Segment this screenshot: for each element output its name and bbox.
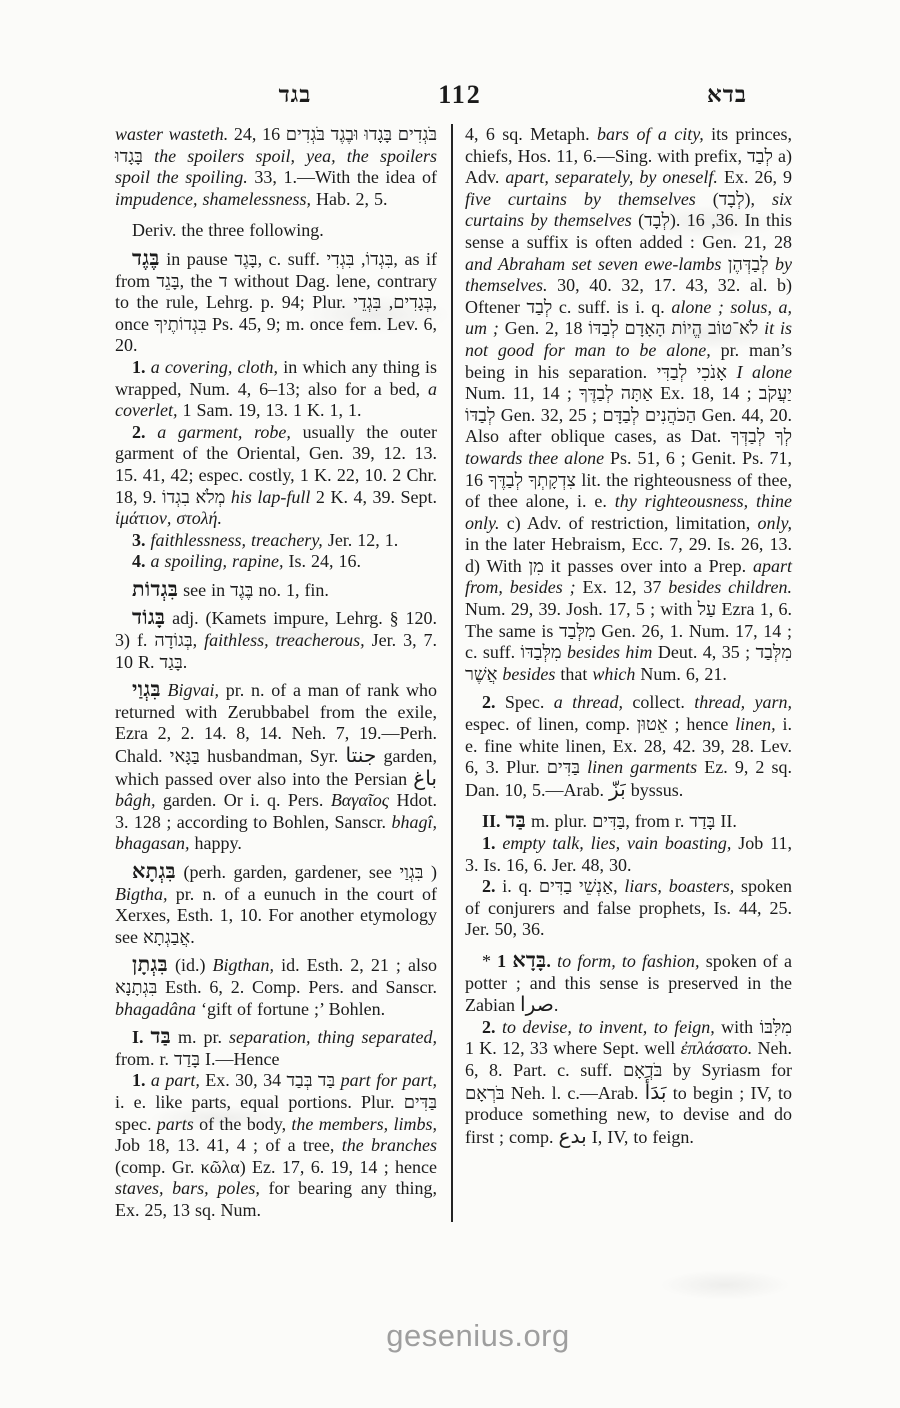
dictionary-paragraph: II. בַּד m. plur. בַּדִּים, from r. בָּד…	[465, 811, 792, 833]
inline-text: liars, boasters,	[624, 876, 734, 896]
inline-text: his lap-full	[231, 487, 311, 507]
inline-text: it is not good for man to be alone,	[465, 318, 792, 360]
inline-text: a covering, cloth,	[151, 357, 278, 377]
hebrew-headword: בִּגְתָא	[132, 861, 176, 883]
inline-text: 2.	[482, 692, 496, 712]
inline-text: I.	[132, 1027, 144, 1047]
inline-text: apart, separately, by oneself.	[505, 167, 718, 187]
inline-text: parts	[157, 1114, 194, 1134]
inline-text: 3.	[132, 530, 146, 550]
dictionary-paragraph: בִּגְוַי Bigvai, pr. n. of a man of rank…	[115, 680, 437, 855]
inline-text: and Abraham set seven ewe-lambs	[465, 254, 721, 274]
inline-text: Βαγαῖος	[331, 790, 389, 810]
inline-text: thread, yarn,	[694, 692, 792, 712]
left-column: waster wasteth. 24, 16 בֹּגְדִים בָּגָדו…	[115, 124, 437, 1222]
header-catchword-left: בגד	[279, 82, 312, 108]
inline-text: the branches	[342, 1135, 437, 1155]
dictionary-paragraph: בִּגְתָא (perh. garden, gardener, see בִ…	[115, 862, 437, 948]
dictionary-paragraph: בָּגוֹד adj. (Kamets impure, Lehrg. § 12…	[115, 608, 437, 673]
dictionary-paragraph: 4. a spoiling, rapine, Is. 24, 16.	[115, 551, 437, 573]
dictionary-paragraph: 2. Spec. a thread, collect. thread, yarn…	[465, 692, 792, 801]
dictionary-paragraph: Deriv. the three following.	[115, 220, 437, 242]
inline-text: impudence, shamelessness,	[115, 189, 311, 209]
inline-text: I alone	[736, 362, 792, 382]
inline-text: besides children.	[668, 577, 792, 597]
dictionary-paragraph: waster wasteth. 24, 16 בֹּגְדִים בָּגָדו…	[115, 124, 437, 210]
hebrew-headword: בָּדָא	[512, 950, 546, 972]
hebrew-headword: בֶּגֶד	[132, 248, 160, 270]
inline-text: towards thee alone	[465, 448, 604, 468]
inline-text: بدع	[559, 1124, 587, 1148]
inline-text: صرا	[520, 992, 554, 1016]
inline-text: bars of a city,	[597, 124, 704, 144]
inline-text: besides	[502, 664, 555, 684]
inline-text: 1.	[482, 833, 496, 853]
inline-text: alone ; solus, a, um ;	[465, 297, 792, 339]
dictionary-paragraph: 4, 6 sq. Metaph. bars of a city, its pri…	[465, 124, 792, 685]
inline-text: 1.	[132, 1070, 146, 1090]
inline-text: bhagadâna	[115, 999, 196, 1019]
inline-text: only,	[758, 513, 793, 533]
inline-text: separation, thing separated,	[229, 1027, 437, 1047]
dictionary-paragraph: 3. faithlessness, treachery, Jer. 12, 1.	[115, 530, 437, 552]
hebrew-headword: בַּד	[506, 810, 527, 832]
inline-text: Bigvai,	[167, 680, 219, 700]
dictionary-paragraph: * בָּדָא 1. to form, to fashion, spoken …	[465, 951, 792, 1017]
dictionary-paragraph: 2. to devise, to invent, to feign, with …	[465, 1017, 792, 1149]
inline-text: waster wasteth.	[115, 124, 228, 144]
header-catchword-right: בדא	[707, 82, 747, 108]
inline-text: 1.	[132, 357, 146, 377]
inline-text: besides him	[567, 642, 652, 662]
dictionary-paragraph: 1. a covering, cloth, in which any thing…	[115, 357, 437, 422]
inline-text: a spoiling, rapine,	[151, 551, 284, 571]
inline-text: part for part,	[341, 1070, 437, 1090]
inline-text: II.	[482, 811, 501, 831]
inline-text: بَزّ	[609, 777, 626, 801]
right-column: 4, 6 sq. Metaph. bars of a city, its pri…	[465, 124, 792, 1222]
inline-text: ἐπλάσατο.	[681, 1038, 753, 1058]
dictionary-paragraph: בִּגְדוֹת see in בֶּגֶד no. 1, fin.	[115, 580, 437, 602]
inline-text: Bigtha,	[115, 884, 168, 904]
inline-text: a part,	[151, 1070, 200, 1090]
inline-text: Bigthan,	[213, 955, 275, 975]
hebrew-headword: בִּגְתָן	[132, 954, 168, 976]
inline-text: the spoilers spoil, yea, the spoilers sp…	[115, 146, 437, 188]
dictionary-paragraph: 1. empty talk, lies, vain boasting, Job …	[465, 833, 792, 876]
inline-text: staves, bars, poles,	[115, 1178, 260, 1198]
hebrew-headword: בָּגוֹד	[132, 607, 165, 629]
inline-text: the members, limbs,	[291, 1114, 437, 1134]
scanned-lexicon-page: בגד 112 בדא waster wasteth. 24, 16 בֹּגְ…	[0, 0, 900, 1408]
hebrew-headword: בַּד	[151, 1026, 172, 1048]
inline-text: a thread,	[554, 692, 623, 712]
inline-text: thy righteousness, thine only.	[465, 491, 792, 533]
inline-text: a coverlet,	[115, 379, 437, 421]
inline-text: linen garments	[587, 757, 697, 777]
watermark: gesenius.org	[386, 1318, 570, 1354]
inline-text: a garment, robe,	[157, 422, 291, 442]
inline-text: empty talk, lies, vain boasting,	[502, 833, 731, 853]
hebrew-headword: בִּגְדוֹת	[132, 579, 178, 601]
inline-text: 2.	[132, 422, 146, 442]
dictionary-paragraph: I. בַּד m. pr. separation, thing separat…	[115, 1027, 437, 1070]
inline-text: five curtains by themselves	[465, 189, 696, 209]
inline-text: بَدَأَ	[645, 1080, 667, 1104]
inline-text: linen,	[735, 714, 776, 734]
inline-text: 2.	[482, 1017, 496, 1037]
dictionary-paragraph: 1. a part, Ex. 30, 34 בַּד בְּבַד part f…	[115, 1070, 437, 1221]
inline-text: to devise, to invent, to feign,	[502, 1017, 715, 1037]
bleed-through-artifact	[660, 1270, 790, 1300]
inline-text: 2.	[482, 876, 496, 896]
inline-text: bhagî, bhagasan,	[115, 812, 437, 854]
inline-text: ἱμάτιον, στολή.	[115, 508, 222, 528]
page-header: בגד 112 בדא	[0, 82, 900, 114]
column-divider-rule	[451, 124, 453, 1222]
text-block: waster wasteth. 24, 16 בֹּגְדִים בָּגָדו…	[115, 124, 792, 1222]
inline-text: to form, to fashion,	[557, 951, 699, 971]
inline-text: faithlessness, treachery,	[151, 530, 323, 550]
inline-text: bâgh,	[115, 790, 156, 810]
dictionary-paragraph: 2. i. q. אַנְשֵׁי בַדִּים, liars, boaste…	[465, 876, 792, 941]
dictionary-paragraph: בֶּגֶד in pause בָּגֶד, c. suff. בִּגְדו…	[115, 249, 437, 357]
hebrew-headword: בִּגְוַי	[132, 679, 161, 701]
inline-text: جنتا	[346, 743, 377, 767]
inline-text: which	[592, 664, 635, 684]
inline-text: faithless, treacherous,	[204, 630, 365, 650]
inline-text: باغ	[413, 766, 437, 790]
inline-text: 4.	[132, 551, 146, 571]
page-number: 112	[438, 80, 482, 110]
dictionary-paragraph: 2. a garment, robe, usually the outer ga…	[115, 422, 437, 530]
dictionary-paragraph: בִּגְתָן (id.) Bigthan, id. Esth. 2, 21 …	[115, 955, 437, 1020]
